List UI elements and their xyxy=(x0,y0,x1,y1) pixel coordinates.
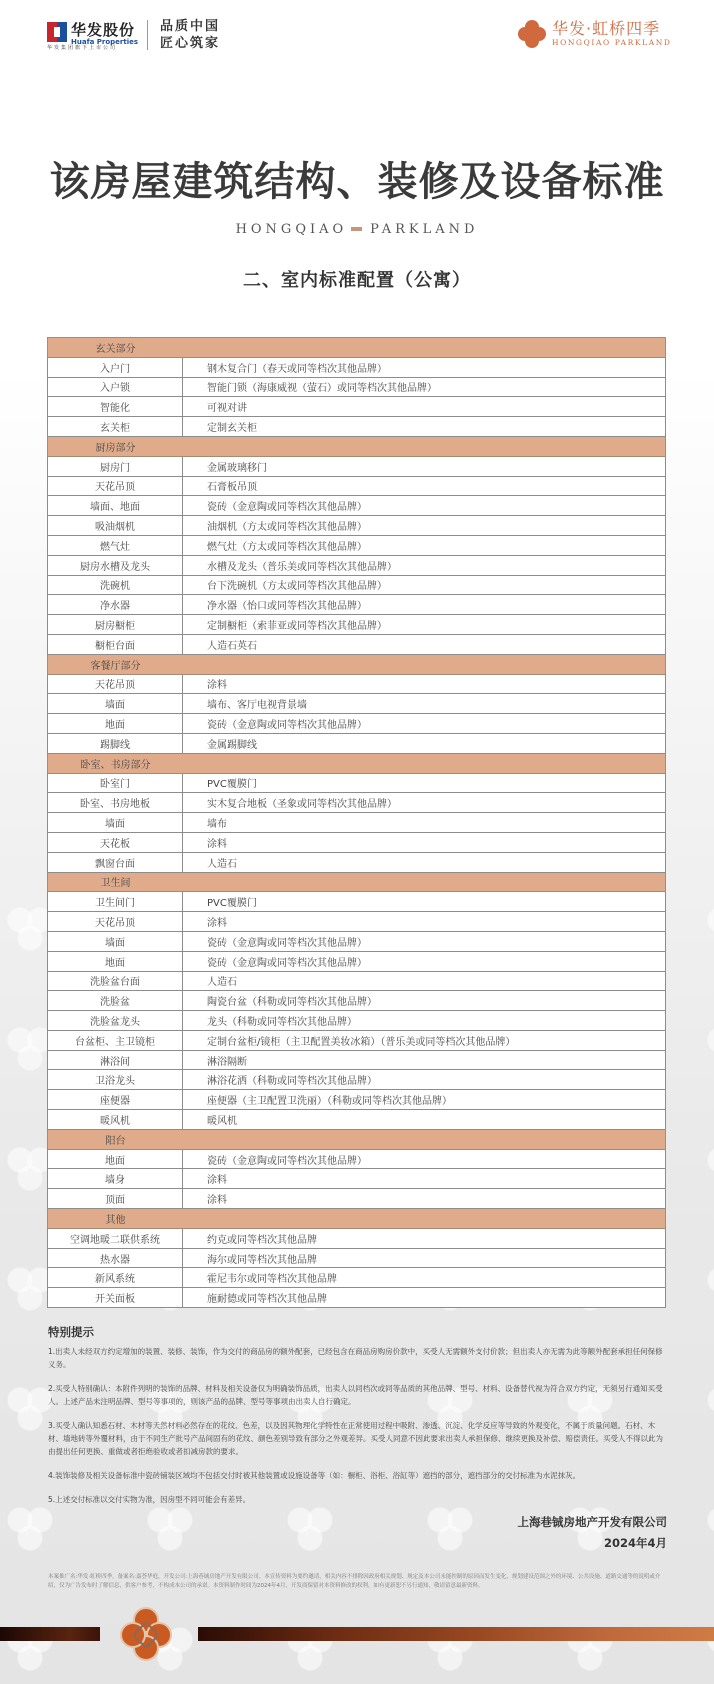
slogan-line2: 匠心筑家 xyxy=(160,35,220,52)
item-name: 橱柜台面 xyxy=(48,634,183,654)
dash-icon xyxy=(351,227,362,231)
item-name: 厨房橱柜 xyxy=(48,615,183,635)
item-spec: 墙布、客厅电视背景墙 xyxy=(183,694,666,714)
item-name: 入户门 xyxy=(48,357,183,377)
table-row: 吸油烟机油烟机（方太或同等档次其他品牌） xyxy=(48,516,666,536)
table-row: 洗脸盆龙头龙头（科勒或同等档次其他品牌） xyxy=(48,1011,666,1031)
item-spec: 海尔或同等档次其他品牌 xyxy=(183,1248,666,1268)
item-name: 洗碗机 xyxy=(48,575,183,595)
section-title: 阳台 xyxy=(48,1132,183,1147)
item-name: 净水器 xyxy=(48,595,183,615)
table-row: 橱柜台面人造石英石 xyxy=(48,634,666,654)
item-name: 卧室门 xyxy=(48,773,183,793)
item-spec: 人造石 xyxy=(183,971,666,991)
company-name: 上海巷铖房地产开发有限公司 xyxy=(518,1512,668,1533)
table-row: 净水器净水器（怡口或同等档次其他品牌） xyxy=(48,595,666,615)
table-row: 卫生间门PVC覆膜门 xyxy=(48,892,666,912)
clover-emblem-icon xyxy=(118,1605,174,1665)
table-row: 厨房橱柜定制橱柜（索菲亚或同等档次其他品牌） xyxy=(48,615,666,635)
table-row: 座便器座便器（主卫配置卫洗丽）（科勒或同等档次其他品牌） xyxy=(48,1090,666,1110)
section-title: 客餐厅部分 xyxy=(48,657,183,672)
item-name: 开关面板 xyxy=(48,1288,183,1308)
item-spec: 金属踢脚线 xyxy=(183,733,666,753)
table-row: 淋浴间淋浴隔断 xyxy=(48,1050,666,1070)
item-spec: 施耐德或同等档次其他品牌 xyxy=(183,1288,666,1308)
item-spec: 水槽及龙头（普乐美或同等档次其他品牌） xyxy=(183,555,666,575)
section-header: 其他 xyxy=(48,1209,666,1229)
brand-name-en: HONGQIAO PARKLAND xyxy=(552,38,672,48)
item-spec: 约克或同等档次其他品牌 xyxy=(183,1228,666,1248)
section-header: 客餐厅部分 xyxy=(48,654,666,674)
table-row: 飘窗台面人造石 xyxy=(48,852,666,872)
item-spec: PVC覆膜门 xyxy=(183,773,666,793)
table-row: 新风系统霍尼韦尔或同等档次其他品牌 xyxy=(48,1268,666,1288)
item-name: 天花板 xyxy=(48,832,183,852)
item-name: 墙面、地面 xyxy=(48,496,183,516)
item-name: 厨房水槽及龙头 xyxy=(48,555,183,575)
item-spec: 涂料 xyxy=(183,1189,666,1209)
table-row: 热水器海尔或同等档次其他品牌 xyxy=(48,1248,666,1268)
note-item: 1.出卖人未经双方约定增加的装置、装修、装饰，作为交付的商品房的额外配套，已经包… xyxy=(48,1345,668,1371)
signature-block: 上海巷铖房地产开发有限公司 2024年4月 xyxy=(518,1512,668,1554)
item-spec: 瓷砖（金意陶或同等档次其他品牌） xyxy=(183,951,666,971)
item-spec: 淋浴花洒（科勒或同等档次其他品牌） xyxy=(183,1070,666,1090)
item-name: 厨房门 xyxy=(48,456,183,476)
table-row: 天花吊顶涂料 xyxy=(48,674,666,694)
item-spec: 定制橱柜（索菲亚或同等档次其他品牌） xyxy=(183,615,666,635)
huafa-logo-sub: 华发集团旗下上市公司 xyxy=(47,44,117,51)
table-row: 空调地暖二联供系统约克或同等档次其他品牌 xyxy=(48,1228,666,1248)
table-row: 墙面瓷砖（金意陶或同等档次其他品牌） xyxy=(48,931,666,951)
item-spec: PVC覆膜门 xyxy=(183,892,666,912)
table-row: 墙面墙布 xyxy=(48,813,666,833)
table-row: 开关面板施耐德或同等档次其他品牌 xyxy=(48,1288,666,1308)
item-name: 热水器 xyxy=(48,1248,183,1268)
item-name: 新风系统 xyxy=(48,1268,183,1288)
item-spec: 定制台盆柜/镜柜（主卫配置美妆冰箱）（普乐美或同等档次其他品牌） xyxy=(183,1030,666,1050)
item-spec: 人造石英石 xyxy=(183,634,666,654)
special-notes: 特别提示 1.出卖人未经双方约定增加的装置、装修、装饰，作为交付的商品房的额外配… xyxy=(48,1326,668,1517)
section-header: 玄关部分 xyxy=(48,338,666,358)
item-name: 卧室、书房地板 xyxy=(48,793,183,813)
item-name: 洗脸盆龙头 xyxy=(48,1011,183,1031)
disclaimer: 本案推广名:华发·虹桥四季，备案名:嘉荟华庭，开发公司:上海巷铖房地产开发有限公… xyxy=(48,1573,668,1591)
slogan: 品质中国 匠心筑家 xyxy=(160,18,220,52)
item-name: 墙面 xyxy=(48,694,183,714)
spec-table: 玄关部分 入户门钢木复合门（春天或同等档次其他品牌） 入户锁智能门锁（海康威视（… xyxy=(47,337,666,1308)
item-name: 地面 xyxy=(48,714,183,734)
en-subtitle: HONGQIAOPARKLAND xyxy=(0,222,714,237)
item-spec: 智能门锁（海康威视（萤石）或同等档次其他品牌） xyxy=(183,377,666,397)
note-item: 2.买受人特别确认：本附件列明的装饰的品牌、材料及相关设备仅为明确装饰品质，出卖… xyxy=(48,1382,668,1408)
item-spec: 定制玄关柜 xyxy=(183,417,666,437)
en-subtitle-left: HONGQIAO xyxy=(236,222,348,237)
section-title: 厨房部分 xyxy=(48,439,183,454)
item-spec: 实木复合地板（圣象或同等档次其他品牌） xyxy=(183,793,666,813)
brand-name-cn: 华发·虹桥四季 xyxy=(552,20,672,38)
item-spec: 涂料 xyxy=(183,1169,666,1189)
table-row: 墙身涂料 xyxy=(48,1169,666,1189)
footer-ribbon-right xyxy=(198,1627,714,1641)
item-spec: 陶瓷台盆（科勒或同等档次其他品牌） xyxy=(183,991,666,1011)
item-spec: 钢木复合门（春天或同等档次其他品牌） xyxy=(183,357,666,377)
table-row: 卫浴龙头淋浴花洒（科勒或同等档次其他品牌） xyxy=(48,1070,666,1090)
note-item: 5.上述交付标准以交付实物为准，因房型不同可能会有差异。 xyxy=(48,1493,668,1506)
item-spec: 龙头（科勒或同等档次其他品牌） xyxy=(183,1011,666,1031)
section-title: 卫生间 xyxy=(48,874,183,889)
item-name: 踢脚线 xyxy=(48,733,183,753)
hongqiao-parkland-logo: 华发·虹桥四季 HONGQIAO PARKLAND xyxy=(518,20,672,48)
item-name: 卫生间门 xyxy=(48,892,183,912)
item-name: 智能化 xyxy=(48,397,183,417)
item-spec: 瓷砖（金意陶或同等档次其他品牌） xyxy=(183,931,666,951)
item-spec: 燃气灶（方太或同等档次其他品牌） xyxy=(183,535,666,555)
table-row: 厨房门金属玻璃移门 xyxy=(48,456,666,476)
section-header: 卧室、书房部分 xyxy=(48,753,666,773)
item-name: 飘窗台面 xyxy=(48,852,183,872)
table-row: 墙面、地面瓷砖（金意陶或同等档次其他品牌） xyxy=(48,496,666,516)
item-spec: 霍尼韦尔或同等档次其他品牌 xyxy=(183,1268,666,1288)
table-row: 天花吊顶涂料 xyxy=(48,912,666,932)
table-row: 卧室门PVC覆膜门 xyxy=(48,773,666,793)
table-row: 厨房水槽及龙头水槽及龙头（普乐美或同等档次其他品牌） xyxy=(48,555,666,575)
page-title: 该房屋建筑结构、装修及设备标准 xyxy=(0,150,714,207)
note-item: 3.买受人确认知悉石材、木材等天然材料必然存在的花纹、色差，以及因其物理化学特性… xyxy=(48,1419,668,1458)
item-spec: 油烟机（方太或同等档次其他品牌） xyxy=(183,516,666,536)
item-spec: 墙布 xyxy=(183,813,666,833)
huafa-logo-cn: 华发股份 xyxy=(71,23,138,38)
item-name: 顶面 xyxy=(48,1189,183,1209)
table-row: 踢脚线金属踢脚线 xyxy=(48,733,666,753)
table-row: 入户锁智能门锁（海康威视（萤石）或同等档次其他品牌） xyxy=(48,377,666,397)
table-row: 台盆柜、主卫镜柜定制台盆柜/镜柜（主卫配置美妆冰箱）（普乐美或同等档次其他品牌） xyxy=(48,1030,666,1050)
table-row: 天花板涂料 xyxy=(48,832,666,852)
item-name: 卫浴龙头 xyxy=(48,1070,183,1090)
item-spec: 淋浴隔断 xyxy=(183,1050,666,1070)
item-name: 入户锁 xyxy=(48,377,183,397)
table-row: 天花吊顶石膏板吊顶 xyxy=(48,476,666,496)
table-row: 地面瓷砖（金意陶或同等档次其他品牌） xyxy=(48,714,666,734)
item-name: 座便器 xyxy=(48,1090,183,1110)
item-spec: 瓷砖（金意陶或同等档次其他品牌） xyxy=(183,714,666,734)
item-spec: 石膏板吊顶 xyxy=(183,476,666,496)
item-spec: 暖风机 xyxy=(183,1110,666,1130)
section-header: 厨房部分 xyxy=(48,436,666,456)
table-row: 暖风机暖风机 xyxy=(48,1110,666,1130)
section-title: 玄关部分 xyxy=(48,340,183,355)
item-spec: 涂料 xyxy=(183,674,666,694)
item-name: 墙面 xyxy=(48,931,183,951)
issue-date: 2024年4月 xyxy=(518,1533,668,1554)
item-name: 洗脸盆台面 xyxy=(48,971,183,991)
table-row: 地面瓷砖（金意陶或同等档次其他品牌） xyxy=(48,951,666,971)
item-spec: 台下洗碗机（方太或同等档次其他品牌） xyxy=(183,575,666,595)
table-row: 卧室、书房地板实木复合地板（圣象或同等档次其他品牌） xyxy=(48,793,666,813)
item-spec: 瓷砖（金意陶或同等档次其他品牌） xyxy=(183,496,666,516)
huafa-logo-icon xyxy=(47,22,67,42)
header-divider xyxy=(147,20,148,50)
item-name: 洗脸盆 xyxy=(48,991,183,1011)
notes-title: 特别提示 xyxy=(48,1326,668,1339)
slogan-line1: 品质中国 xyxy=(160,18,220,35)
item-spec: 瓷砖（金意陶或同等档次其他品牌） xyxy=(183,1149,666,1169)
clover-logo-icon xyxy=(518,20,546,48)
table-row: 地面瓷砖（金意陶或同等档次其他品牌） xyxy=(48,1149,666,1169)
section-header: 阳台 xyxy=(48,1129,666,1149)
item-spec: 金属玻璃移门 xyxy=(183,456,666,476)
table-row: 玄关柜定制玄关柜 xyxy=(48,417,666,437)
table-row: 洗碗机台下洗碗机（方太或同等档次其他品牌） xyxy=(48,575,666,595)
item-name: 淋浴间 xyxy=(48,1050,183,1070)
item-name: 空调地暖二联供系统 xyxy=(48,1228,183,1248)
section-subtitle: 二、室内标准配置（公寓） xyxy=(0,266,714,292)
item-spec: 净水器（怡口或同等档次其他品牌） xyxy=(183,595,666,615)
item-name: 墙面 xyxy=(48,813,183,833)
item-name: 燃气灶 xyxy=(48,535,183,555)
item-name: 地面 xyxy=(48,951,183,971)
item-name: 地面 xyxy=(48,1149,183,1169)
table-row: 洗脸盆陶瓷台盆（科勒或同等档次其他品牌） xyxy=(48,991,666,1011)
footer-ribbon-left xyxy=(0,1627,100,1641)
section-title: 卧室、书房部分 xyxy=(48,756,183,771)
item-spec: 涂料 xyxy=(183,912,666,932)
item-name: 天花吊顶 xyxy=(48,674,183,694)
section-title: 其他 xyxy=(48,1211,183,1226)
table-row: 洗脸盆台面人造石 xyxy=(48,971,666,991)
item-name: 吸油烟机 xyxy=(48,516,183,536)
item-name: 玄关柜 xyxy=(48,417,183,437)
table-row: 燃气灶燃气灶（方太或同等档次其他品牌） xyxy=(48,535,666,555)
table-row: 顶面涂料 xyxy=(48,1189,666,1209)
table-row: 智能化可视对讲 xyxy=(48,397,666,417)
item-spec: 人造石 xyxy=(183,852,666,872)
en-subtitle-right: PARKLAND xyxy=(370,222,478,237)
item-name: 暖风机 xyxy=(48,1110,183,1130)
item-spec: 座便器（主卫配置卫洗丽）（科勒或同等档次其他品牌） xyxy=(183,1090,666,1110)
item-name: 天花吊顶 xyxy=(48,476,183,496)
table-row: 墙面墙布、客厅电视背景墙 xyxy=(48,694,666,714)
item-name: 天花吊顶 xyxy=(48,912,183,932)
item-spec: 可视对讲 xyxy=(183,397,666,417)
item-name: 墙身 xyxy=(48,1169,183,1189)
note-item: 4.装饰装修及相关设备标准中瓷砖铺装区域均不包括交付时被其他装置或设施设备等（如… xyxy=(48,1469,668,1482)
item-spec: 涂料 xyxy=(183,832,666,852)
section-header: 卫生间 xyxy=(48,872,666,892)
item-name: 台盆柜、主卫镜柜 xyxy=(48,1030,183,1050)
table-row: 入户门钢木复合门（春天或同等档次其他品牌） xyxy=(48,357,666,377)
